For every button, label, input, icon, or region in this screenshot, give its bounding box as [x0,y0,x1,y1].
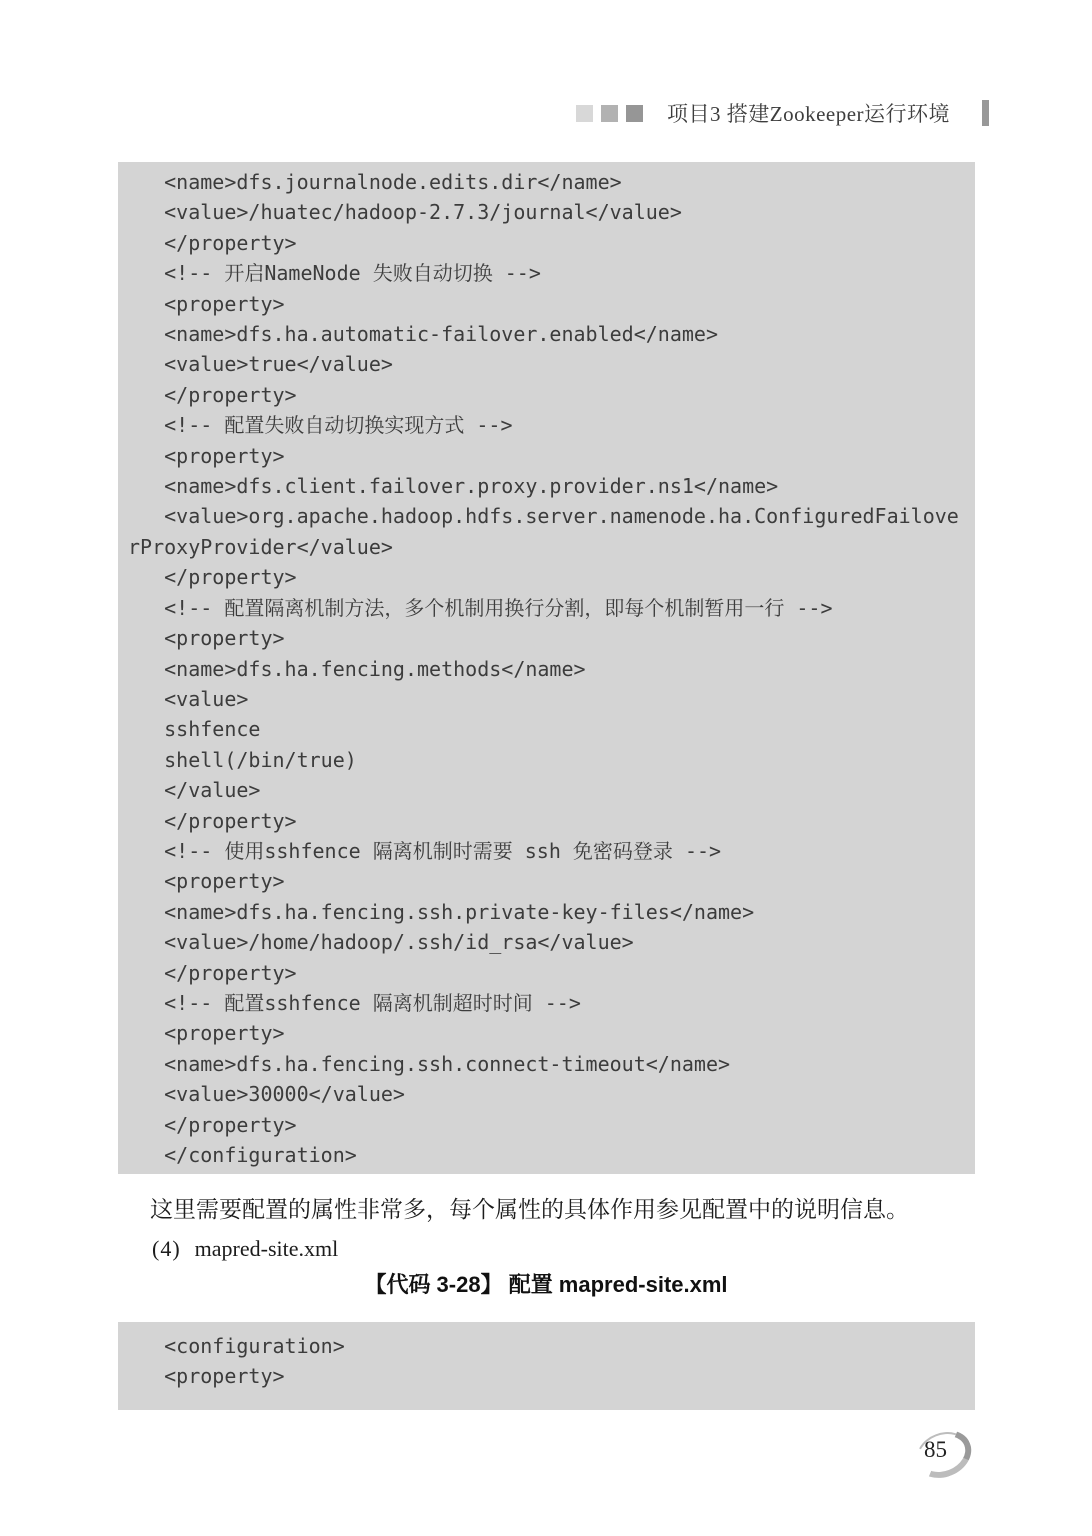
code-line: <property> [128,1361,971,1391]
code-line: rProxyProvider</value> [128,532,971,562]
header-square-dark-icon [626,105,643,122]
list-item-marker: (4) [152,1236,181,1261]
code-line: <property> [128,289,971,319]
code-caption: 【代码 3-28】 配置 mapred-site.xml [0,1268,1092,1299]
code-line: <name>dfs.ha.fencing.ssh.connect-timeout… [128,1049,971,1079]
header-square-light-icon [576,105,593,122]
code-line: </value> [128,775,971,805]
code-line: <value> [128,684,971,714]
code-line: <value>org.apache.hadoop.hdfs.server.nam… [128,501,971,531]
code-line: <property> [128,866,971,896]
code-line: <!-- 开启NameNode 失败自动切换 --> [128,258,971,288]
header-square-medium-icon [601,105,618,122]
code-line: <configuration> [128,1331,971,1361]
list-item-mapred-site: (4)mapred-site.xml [152,1236,338,1262]
code-line: </configuration> [128,1140,971,1170]
code-line: </property> [128,806,971,836]
code-line: </property> [128,380,971,410]
code-line: <property> [128,441,971,471]
code-line: <name>dfs.ha.automatic-failover.enabled<… [128,319,971,349]
code-line: <name>dfs.journalnode.edits.dir</name> [128,167,971,197]
code-line: </property> [128,958,971,988]
code-line: <value>true</value> [128,349,971,379]
code-line: </property> [128,1110,971,1140]
code-line: <property> [128,1018,971,1048]
code-line: <!-- 配置隔离机制方法，多个机制用换行分割，即每个机制暂用一行 --> [128,593,971,623]
code-line: <value>/huatec/hadoop-2.7.3/journal</val… [128,197,971,227]
code-line: shell(/bin/true) [128,745,971,775]
list-item-label: mapred-site.xml [195,1236,339,1261]
page-number-bubble: 85 [914,1431,972,1477]
code-line: </property> [128,228,971,258]
code-block-hdfs-site: <name>dfs.journalnode.edits.dir</name> <… [118,162,975,1174]
code-line: </property> [128,562,971,592]
running-head: 项目3 搭建Zookeeper运行环境 [576,100,989,126]
code-block-mapred-site: <configuration> <property> [118,1322,975,1410]
code-line: <!-- 使用sshfence 隔离机制时需要 ssh 免密码登录 --> [128,836,971,866]
body-paragraph: 这里需要配置的属性非常多，每个属性的具体作用参见配置中的说明信息。 [150,1194,950,1226]
code-line: <name>dfs.ha.fencing.ssh.private-key-fil… [128,897,971,927]
code-line: <property> [128,623,971,653]
header-bar-icon [982,100,989,126]
code-line: <!-- 配置失败自动切换实现方式 --> [128,410,971,440]
book-page: 项目3 搭建Zookeeper运行环境 <name>dfs.journalnod… [0,0,1092,1536]
chapter-title: 项目3 搭建Zookeeper运行环境 [667,98,950,128]
code-line: sshfence [128,714,971,744]
code-line: <value>/home/hadoop/.ssh/id_rsa</value> [128,927,971,957]
code-line: <name>dfs.client.failover.proxy.provider… [128,471,971,501]
code-line: <name>dfs.ha.fencing.methods</name> [128,654,971,684]
code-line: <!-- 配置sshfence 隔离机制超时时间 --> [128,988,971,1018]
page-number: 85 [924,1437,947,1463]
code-line: <value>30000</value> [128,1079,971,1109]
